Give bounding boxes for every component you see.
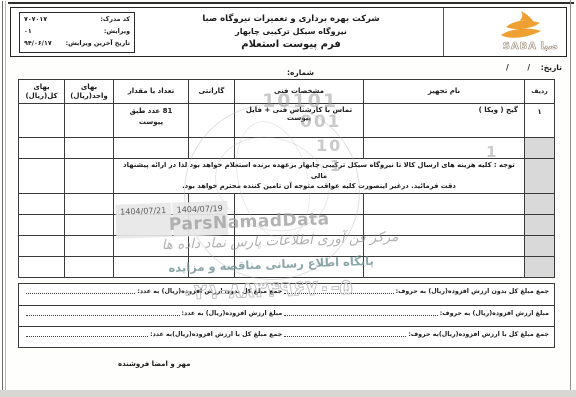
- table-cell: [113, 236, 188, 256]
- number-field: شماره:: [287, 68, 314, 77]
- total-price-cell: [19, 104, 64, 137]
- vat-amount-row: مبلغ ارزش افزوده(ریال) به حروف: مبلغ ارز…: [19, 305, 554, 326]
- saba-flame-icon: [494, 10, 546, 40]
- table-cell: [113, 138, 188, 158]
- form-title: فرم پیوست استعلام: [241, 39, 341, 50]
- table-cell: [19, 236, 64, 256]
- watermark-binary-digits: 1: [486, 143, 498, 161]
- vat-digits-label: مبلغ ارزش افزوده(ریال) به عدد:: [182, 310, 283, 317]
- scan-edge-left: [2, 1, 3, 390]
- doc-revdate-label: تاریخ آخرین ویرایش:: [66, 41, 130, 48]
- row-number-cell: [524, 159, 554, 193]
- fill-in-dotted-line: [26, 310, 180, 316]
- row-number-cell: [524, 257, 554, 277]
- table-cell: [64, 138, 113, 158]
- doc-revision-value: ۰۱: [24, 29, 32, 36]
- plant-name: نیروگاه سیکل ترکیبی چابهار: [235, 27, 347, 36]
- company-name: شرکت بهره برداری و تعمیرات نیروگاه صبا: [202, 14, 379, 24]
- doc-code-value: ۷۰۷۰۱۷: [24, 17, 47, 24]
- table-cell: [64, 215, 113, 235]
- scan-edge-top: [8, 2, 574, 4]
- table-cell: [234, 257, 363, 277]
- scan-edge-bottom: [0, 390, 576, 397]
- date-slash: /: [506, 63, 509, 72]
- table-cell: [113, 215, 188, 235]
- doc-revdate-row: تاریخ آخرین ویرایش: ۹۴/۰۶/۱۷: [24, 41, 130, 48]
- watermark-binary-digits: 10101: [262, 90, 338, 112]
- table-cell: [64, 236, 113, 256]
- table-cell: [113, 194, 188, 214]
- table-cell: [113, 257, 188, 277]
- scan-edge-left-inner: [5, 1, 6, 390]
- header-titles: شرکت بهره برداری و تعمیرات نیروگاه صبا ن…: [141, 8, 441, 56]
- seller-signature-label: مهر و امضا فروشنده: [118, 360, 190, 368]
- table-cell: [188, 215, 234, 235]
- row-number-cell: ۱: [524, 104, 554, 137]
- table-cell: [64, 194, 113, 214]
- company-logo: صبا SABA: [443, 8, 566, 56]
- equipment-name-cell: گیج ( ویکا ): [363, 104, 524, 137]
- document-info-box: کد مدرک: ۷۰۷۰۱۷ ویرایش: ۰۱ تاریخ آخرین و…: [19, 12, 135, 53]
- table-cell: [19, 194, 64, 214]
- total-with-vat-words-label: جمع مبلغ کل با ارزش افزوده(ریال)به حروف:: [408, 331, 549, 338]
- doc-revdate-value: ۹۴/۰۶/۱۷: [24, 41, 52, 48]
- watermark-binary-digits: 10: [316, 136, 342, 155]
- quantity-line1: 81 عدد طبق: [130, 106, 173, 117]
- total-with-vat-digits-label: جمع مبلغ کل با ارزش افزوده(ریال)به عدد:: [150, 331, 282, 338]
- quantity-cell: 81 عدد طبق پیوست: [113, 104, 188, 137]
- col-header-row-number: ردیف: [524, 80, 554, 103]
- col-header-equipment-name: نام تجهیز: [363, 80, 524, 103]
- doc-code-row: کد مدرک: ۷۰۷۰۱۷: [24, 17, 130, 24]
- totals-box: جمع مبلغ کل بدون ارزش افزوده(ریال) به حر…: [18, 283, 555, 348]
- fill-in-dotted-line: [26, 288, 135, 294]
- doc-revision-row: ویرایش: ۰۱: [24, 29, 130, 36]
- row-number-cell: [524, 138, 554, 158]
- fill-in-dotted-line: [284, 310, 438, 316]
- table-cell: [19, 215, 64, 235]
- col-header-quantity: تعداد یا مقدار: [113, 80, 188, 103]
- date-field: تاریخ: / /: [498, 63, 562, 72]
- table-cell: [363, 194, 524, 214]
- date-slash: /: [527, 63, 530, 72]
- total-with-vat-row: جمع مبلغ کل با ارزش افزوده(ریال)به حروف:…: [19, 326, 554, 347]
- watermark-binary-digits: 1: [330, 157, 342, 175]
- quantity-line2: پیوست: [139, 117, 163, 128]
- scanned-page: کد مدرک: ۷۰۷۰۱۷ ویرایش: ۰۱ تاریخ آخرین و…: [0, 0, 576, 397]
- row-number-cell: [524, 236, 554, 256]
- doc-revision-label: ویرایش:: [104, 29, 130, 36]
- fill-in-dotted-line: [26, 331, 148, 337]
- saba-wordmark: صبا SABA: [503, 41, 558, 52]
- watermark-binary-digits: 001: [300, 112, 342, 132]
- form-header: کد مدرک: ۷۰۷۰۱۷ ویرایش: ۰۱ تاریخ آخرین و…: [10, 7, 567, 57]
- date-label: تاریخ:: [541, 63, 562, 72]
- total-without-vat-digits-label: جمع مبلغ کل بدون ارزش افزوده(ریال) به عد…: [137, 288, 282, 295]
- fill-in-dotted-line: [284, 288, 393, 294]
- unit-price-cell: [64, 159, 113, 193]
- row-number-cell: [524, 215, 554, 235]
- table-cell: [188, 236, 234, 256]
- doc-code-label: کد مدرک:: [100, 17, 130, 24]
- table-cell: [363, 257, 524, 277]
- number-label: شماره:: [287, 68, 314, 77]
- col-header-warranty: گارانتی: [188, 80, 234, 103]
- row-number-cell: [524, 194, 554, 214]
- table-cell: [64, 257, 113, 277]
- unit-price-cell: [64, 104, 113, 137]
- table-row-empty: [19, 256, 554, 277]
- col-header-total-price: بهای کل(ریال): [19, 80, 64, 103]
- table-cell: [19, 138, 64, 158]
- col-header-unit-price: بهای واحد(ریال): [64, 80, 113, 103]
- total-without-vat-words-label: جمع مبلغ کل بدون ارزش افزوده(ریال) به حر…: [396, 288, 549, 295]
- table-cell: [363, 236, 524, 256]
- table-cell: [363, 138, 524, 158]
- table-cell: [363, 215, 524, 235]
- table-cell: [188, 257, 234, 277]
- table-cell: [19, 257, 64, 277]
- table-cell: [234, 236, 363, 256]
- vat-words-label: مبلغ ارزش افزوده(ریال) به حروف:: [440, 310, 549, 317]
- scan-edge-right: [570, 0, 571, 391]
- warranty-cell: [188, 104, 234, 137]
- fill-in-dotted-line: [284, 331, 406, 337]
- total-without-vat-row: جمع مبلغ کل بدون ارزش افزوده(ریال) به حر…: [19, 284, 554, 305]
- total-price-cell: [19, 159, 64, 193]
